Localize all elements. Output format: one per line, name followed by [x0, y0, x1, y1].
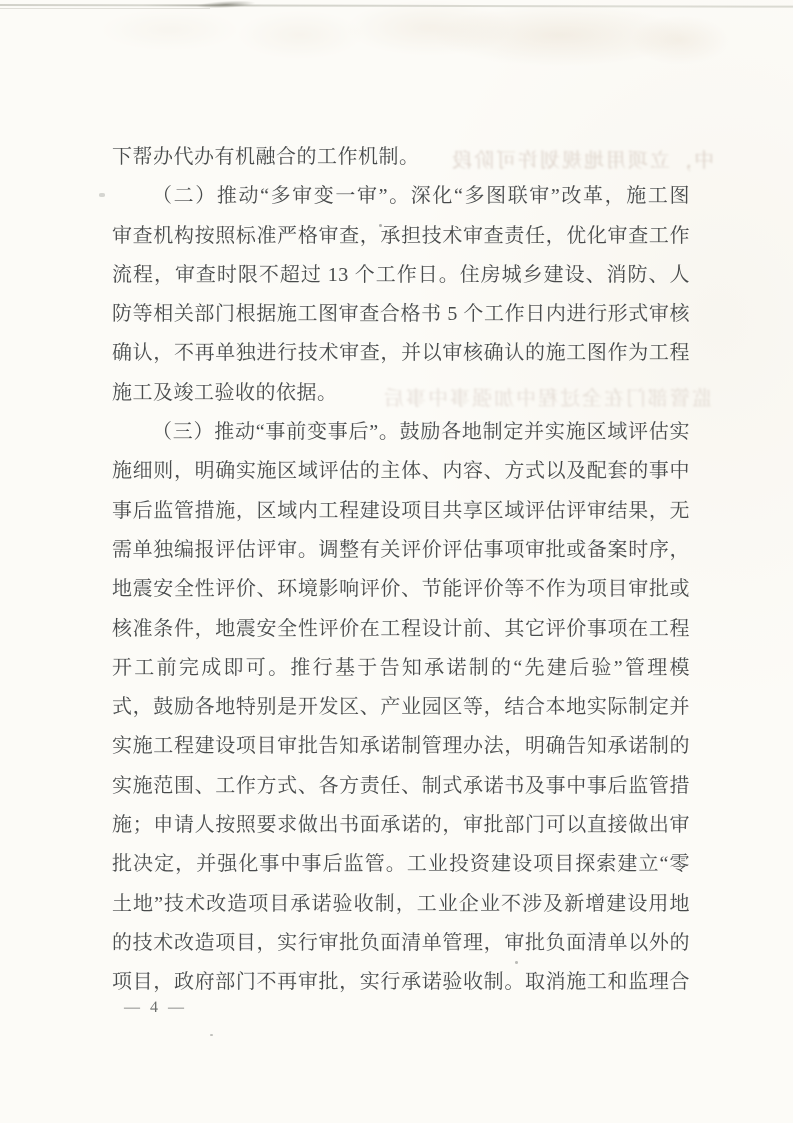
- text-line: 地震安全性评价、环境影响评价、节能评价等不作为项目审批或: [112, 570, 690, 609]
- text-line: 土地”技术改造项目承诺验收制，工业企业不涉及新增建设用地: [112, 885, 690, 924]
- scanned-document-page: 中，立项用地规划许可阶段 监管部门在全过程中加强事中事后 下帮办代办有机融合的工…: [0, 0, 793, 1123]
- document-body: 下帮办代办有机融合的工作机制。 （二）推动“多审变一审”。深化“多图联审”改革，…: [112, 138, 690, 1003]
- text-line: 确认，不再单独进行技术审查，并以审核确认的施工图作为工程: [112, 334, 690, 373]
- text-line: 式，鼓励各地特别是开发区、产业园区等，结合本地实际制定并: [112, 688, 690, 727]
- text-line: 流程，审查时限不超过 13 个工作日。住房城乡建设、消防、人: [112, 256, 690, 295]
- scan-speck: [99, 193, 105, 197]
- text-line: 项目，政府部门不再审批，实行承诺验收制。取消施工和监理合: [112, 963, 690, 1002]
- text-line: 施细则，明确实施区域评估的主体、内容、方式以及配套的事中: [112, 452, 690, 491]
- scan-speck: [210, 1034, 213, 1036]
- text-line: 事后监管措施，区域内工程建设项目共享区域评估评审结果，无: [112, 492, 690, 531]
- text-line: 下帮办代办有机融合的工作机制。: [112, 138, 690, 177]
- text-line: 需单独编报评估评审。调整有关评价评估事项审批或备案时序，: [112, 531, 690, 570]
- text-line: 实施范围、工作方式、各方责任、制式承诺书及事中事后监管措: [112, 767, 690, 806]
- text-line: 防等相关部门根据施工图审查合格书 5 个工作日内进行形式审核: [112, 295, 690, 334]
- text-line: 核准条件，地震安全性评价在工程设计前、其它评价事项在工程: [112, 610, 690, 649]
- text-line: 批决定，并强化事中事后监管。工业投资建设项目探索建立“零: [112, 845, 690, 884]
- text-line: 施工及竣工验收的依据。: [112, 374, 690, 413]
- text-line: （二）推动“多审变一审”。深化“多图联审”改革，施工图: [112, 177, 690, 216]
- text-line: 施；申请人按照要求做出书面承诺的，审批部门可以直接做出审: [112, 806, 690, 845]
- scan-edge-line-secondary: [0, 8, 210, 9]
- scan-speck: [379, 224, 382, 227]
- text-line: 审查机构按照标准严格审查，承担技术审查责任，优化审查工作: [112, 217, 690, 256]
- text-line: 开工前完成即可。推行基于告知承诺制的“先建后验”管理模: [112, 649, 690, 688]
- text-line: （三）推动“事前变事后”。鼓励各地制定并实施区域评估实: [112, 413, 690, 452]
- text-line: 的技术改造项目，实行审批负面清单管理，审批负面清单以外的: [112, 924, 690, 963]
- scan-speck: [515, 961, 518, 964]
- text-line: 实施工程建设项目审批告知承诺制管理办法，明确告知承诺制的: [112, 727, 690, 766]
- page-number: — 4 —: [124, 999, 187, 1017]
